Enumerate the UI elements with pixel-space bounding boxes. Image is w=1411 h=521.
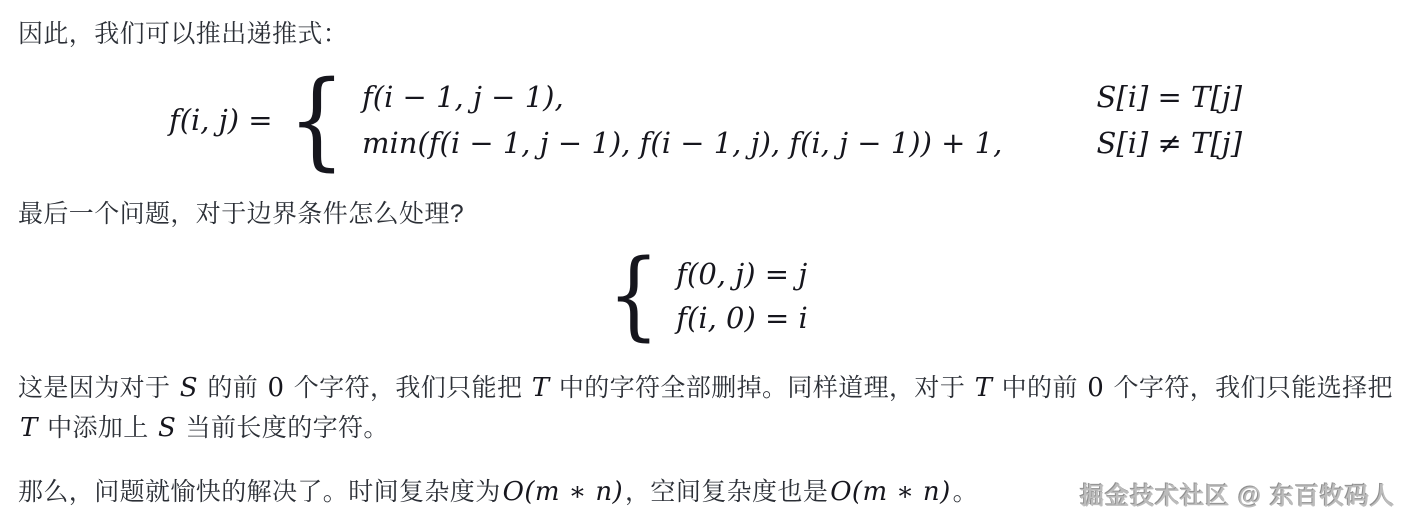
text-run: ，空间复杂度也是 bbox=[625, 478, 828, 506]
inline-math: S bbox=[156, 413, 178, 443]
formula-recurrence-row: f(i, j) = { f(i − 1, j − 1), S[i] = T[j]… bbox=[169, 74, 1242, 166]
case-expression: f(i, 0) = i bbox=[676, 296, 808, 340]
text-run: 当前长度的字符。 bbox=[178, 414, 389, 442]
article-content: 因此，我们可以推出递推式： f(i, j) = { f(i − 1, j − 1… bbox=[0, 0, 1411, 512]
left-brace-glyph: { bbox=[608, 255, 660, 337]
inline-math: 0 bbox=[1085, 373, 1106, 403]
case-row-equal: f(i − 1, j − 1), S[i] = T[j] bbox=[362, 74, 1242, 120]
text-run: 个字符，我们只能选择把 bbox=[1106, 374, 1393, 402]
inline-math: 0 bbox=[265, 373, 286, 403]
text-run: 那么，问题就愉快的解决了。时间复杂度为 bbox=[18, 478, 501, 506]
case-expression: min(f(i − 1, j − 1), f(i − 1, j), f(i, j… bbox=[362, 120, 1002, 166]
cases-list: f(i − 1, j − 1), S[i] = T[j] min(f(i − 1… bbox=[362, 74, 1242, 166]
case-condition: S[i] ≠ T[j] bbox=[1097, 120, 1242, 166]
inline-math: T bbox=[18, 413, 40, 443]
case-row-f0j: f(0, j) = j bbox=[676, 252, 808, 296]
case-expression: f(0, j) = j bbox=[676, 252, 807, 296]
case-condition: S[i] = T[j] bbox=[1097, 74, 1242, 120]
watermark: 掘金技术社区 @ 东百牧码人 bbox=[1080, 476, 1395, 511]
case-row-fi0: f(i, 0) = i bbox=[676, 296, 808, 340]
text-run: 。 bbox=[953, 478, 978, 506]
formula-boundary-row: { f(0, j) = j f(i, 0) = i bbox=[603, 252, 808, 340]
formula-lhs: f(i, j) = bbox=[169, 103, 273, 137]
text-run: 的前 bbox=[200, 374, 266, 402]
text-run: 中的前 bbox=[994, 374, 1085, 402]
inline-math: O(m ∗ n) bbox=[501, 477, 625, 507]
inline-math: T bbox=[530, 373, 552, 403]
paragraph-boundary-explanation: 这是因为对于 S 的前 0 个字符，我们只能把 T 中的字符全部删掉。同样道理，… bbox=[18, 368, 1396, 448]
case-row-not-equal: min(f(i − 1, j − 1), f(i − 1, j), f(i, j… bbox=[362, 120, 1242, 166]
left-brace-glyph: { bbox=[288, 75, 345, 165]
inline-math: S bbox=[178, 373, 200, 403]
inline-math: O(m ∗ n) bbox=[828, 477, 952, 507]
text-run: 中的字符全部删掉。同样道理，对于 bbox=[551, 374, 972, 402]
text-run: 中添加上 bbox=[40, 414, 156, 442]
formula-recurrence: f(i, j) = { f(i − 1, j − 1), S[i] = T[j]… bbox=[18, 68, 1393, 172]
text-run: 这是因为对于 bbox=[18, 374, 178, 402]
inline-math: T bbox=[973, 373, 995, 403]
cases-list: f(0, j) = j f(i, 0) = i bbox=[676, 252, 808, 340]
paragraph-recurrence-intro: 因此，我们可以推出递推式： bbox=[18, 14, 1393, 54]
case-expression: f(i − 1, j − 1), bbox=[362, 74, 564, 120]
formula-boundary: { f(0, j) = j f(i, 0) = i bbox=[18, 248, 1393, 344]
text-run: 个字符，我们只能把 bbox=[286, 374, 529, 402]
paragraph-boundary-question: 最后一个问题，对于边界条件怎么处理? bbox=[18, 194, 1393, 234]
